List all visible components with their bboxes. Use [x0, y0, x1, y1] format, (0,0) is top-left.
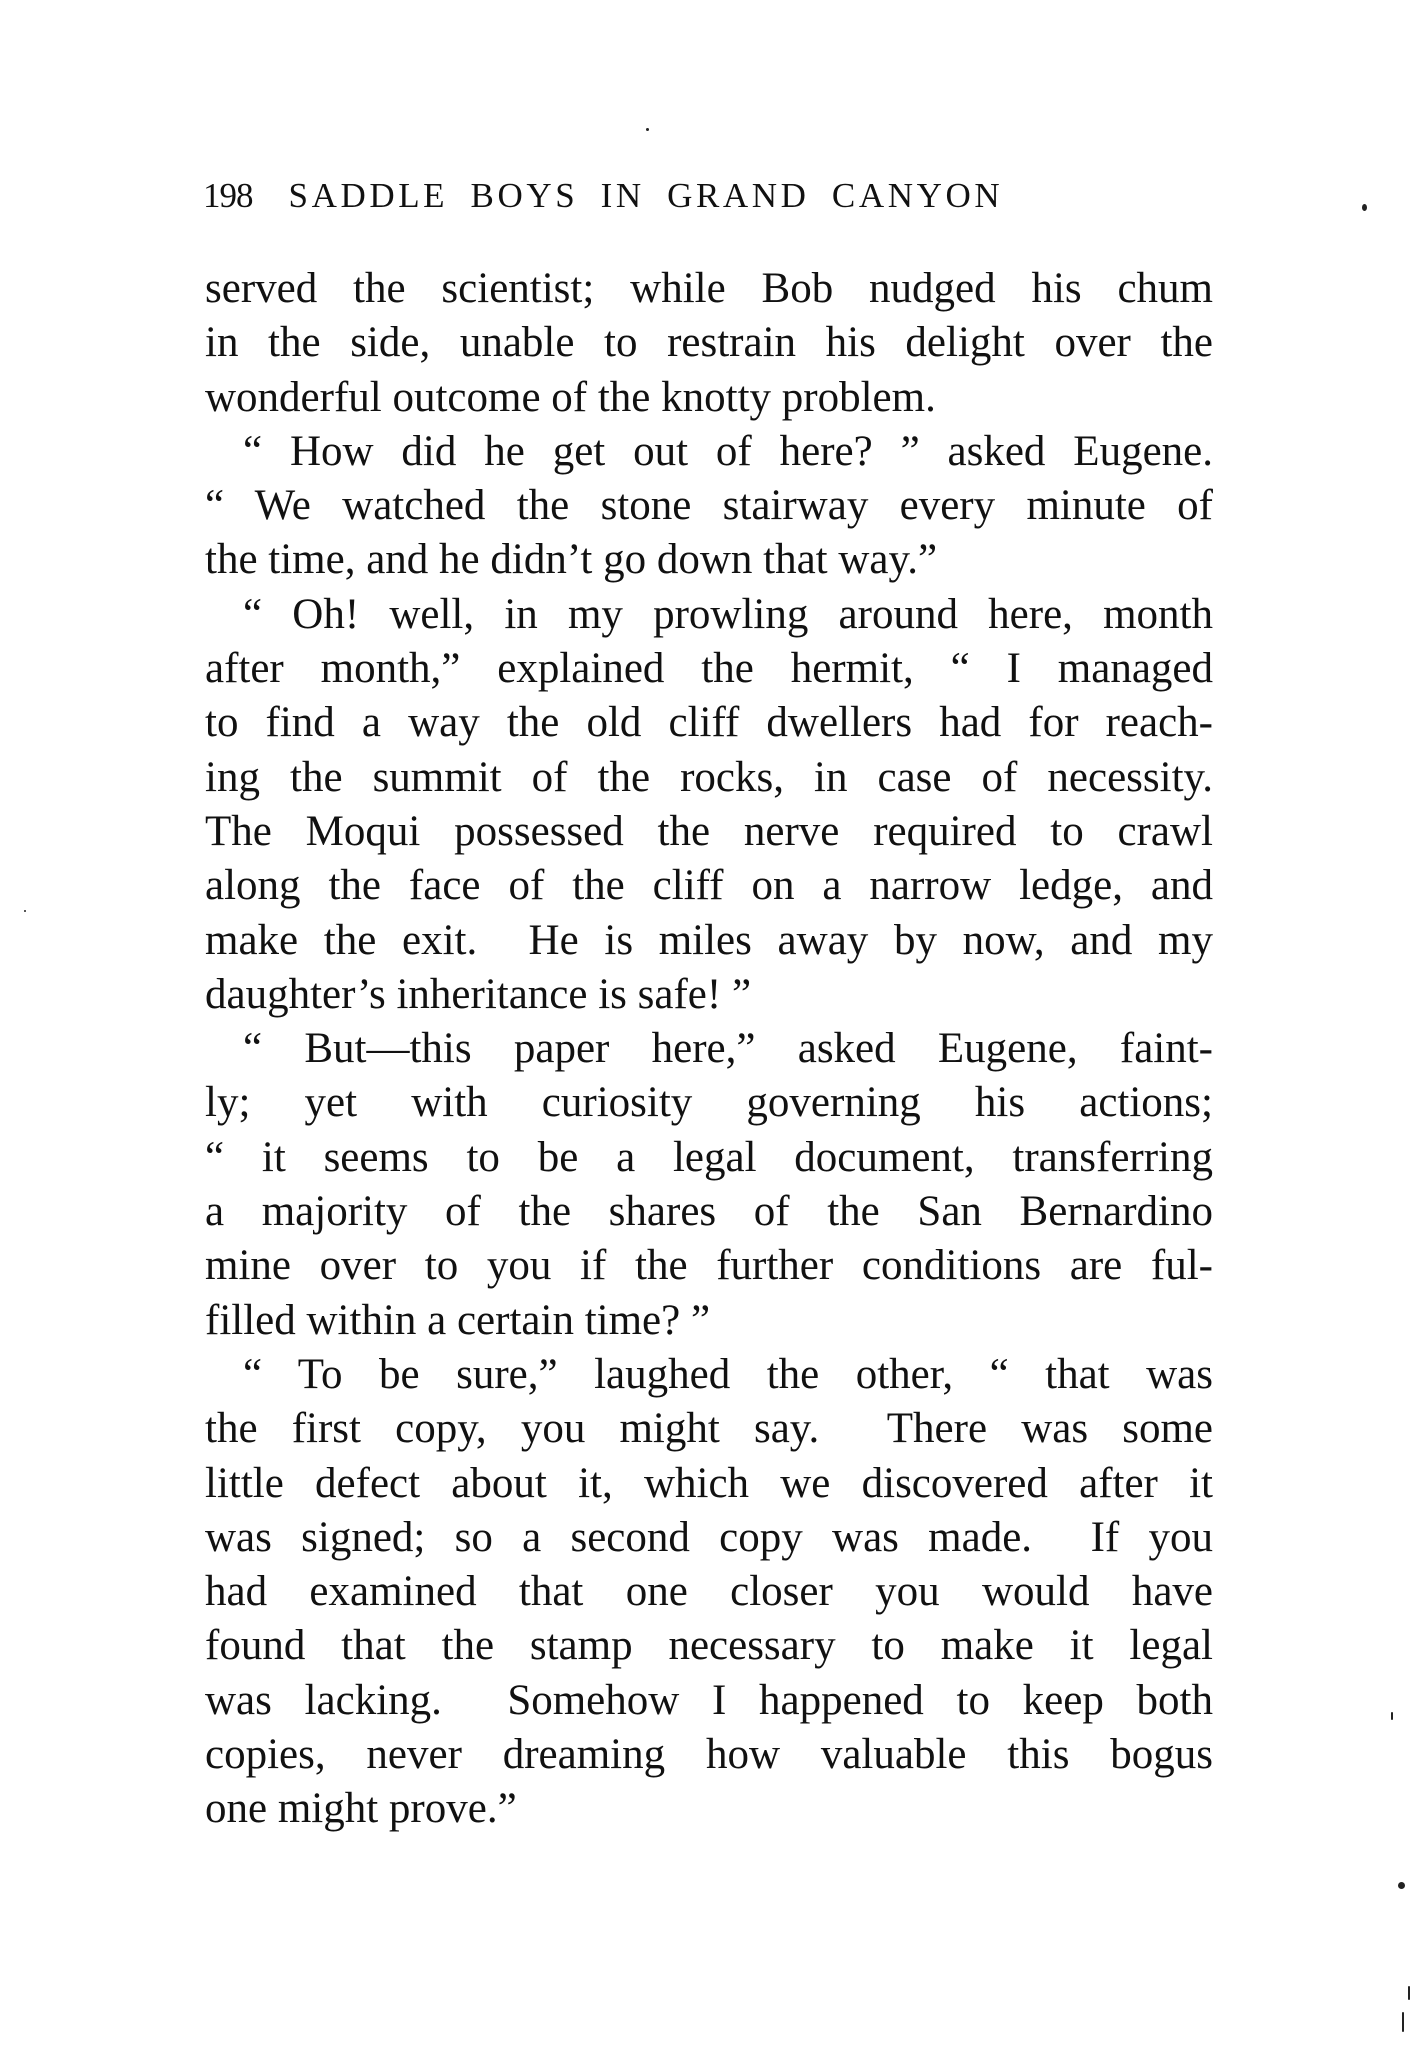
text-line: “ it seems to be a legal document, trans… [205, 1131, 1213, 1185]
text-line: “ How did he get out of here? ” asked Eu… [205, 425, 1213, 479]
text-line: served the scientist; while Bob nudged h… [205, 262, 1213, 316]
body-text: served the scientist; while Bob nudged h… [205, 262, 1213, 1837]
text-line: one might prove.” [205, 1782, 1213, 1836]
text-line: in the side, unable to restrain his deli… [205, 316, 1213, 370]
text-line: the first copy, you might say. There was… [205, 1402, 1213, 1456]
text-line: ing the summit of the rocks, in case of … [205, 751, 1213, 805]
text-line: a majority of the shares of the San Bern… [205, 1185, 1213, 1239]
page-number: 198 [203, 176, 253, 216]
running-head: 198 SADDLE BOYS IN GRAND CANYON [203, 176, 1203, 216]
scan-speck [1391, 1712, 1393, 1720]
text-line: daughter’s inheritance is safe! ” [205, 968, 1213, 1022]
scan-speck [646, 128, 649, 131]
scan-speck [1398, 1882, 1405, 1889]
text-line: was lacking. Somehow I happened to keep … [205, 1674, 1213, 1728]
text-line: “ Oh! well, in my prowling around here, … [205, 588, 1213, 642]
text-line: found that the stamp necessary to make i… [205, 1619, 1213, 1673]
text-line: after month,” explained the hermit, “ I … [205, 642, 1213, 696]
text-line: wonderful outcome of the knotty problem. [205, 371, 1213, 425]
scan-speck [24, 910, 26, 912]
scan-speck [1402, 2012, 1404, 2032]
text-line: The Moqui possessed the nerve required t… [205, 805, 1213, 859]
text-line: “ But—this paper here,” asked Eugene, fa… [205, 1022, 1213, 1076]
text-line: the time, and he didn’t go down that way… [205, 533, 1213, 587]
text-line: was signed; so a second copy was made. I… [205, 1511, 1213, 1565]
text-line: “ We watched the stone stairway every mi… [205, 479, 1213, 533]
text-line: little defect about it, which we discove… [205, 1457, 1213, 1511]
text-line: along the face of the cliff on a narrow … [205, 859, 1213, 913]
text-line: make the exit. He is miles away by now, … [205, 914, 1213, 968]
scan-speck [1408, 1986, 1410, 2000]
text-line: ly; yet with curiosity governing his act… [205, 1076, 1213, 1130]
running-title: SADDLE BOYS IN GRAND CANYON [289, 176, 1004, 216]
book-page: 198 SADDLE BOYS IN GRAND CANYON served t… [0, 0, 1424, 2062]
text-line: mine over to you if the further conditio… [205, 1239, 1213, 1293]
text-line: copies, never dreaming how valuable this… [205, 1728, 1213, 1782]
scan-speck [1362, 204, 1367, 211]
text-line: filled within a certain time? ” [205, 1294, 1213, 1348]
text-line: “ To be sure,” laughed the other, “ that… [205, 1348, 1213, 1402]
text-line: had examined that one closer you would h… [205, 1565, 1213, 1619]
text-line: to find a way the old cliff dwellers had… [205, 696, 1213, 750]
